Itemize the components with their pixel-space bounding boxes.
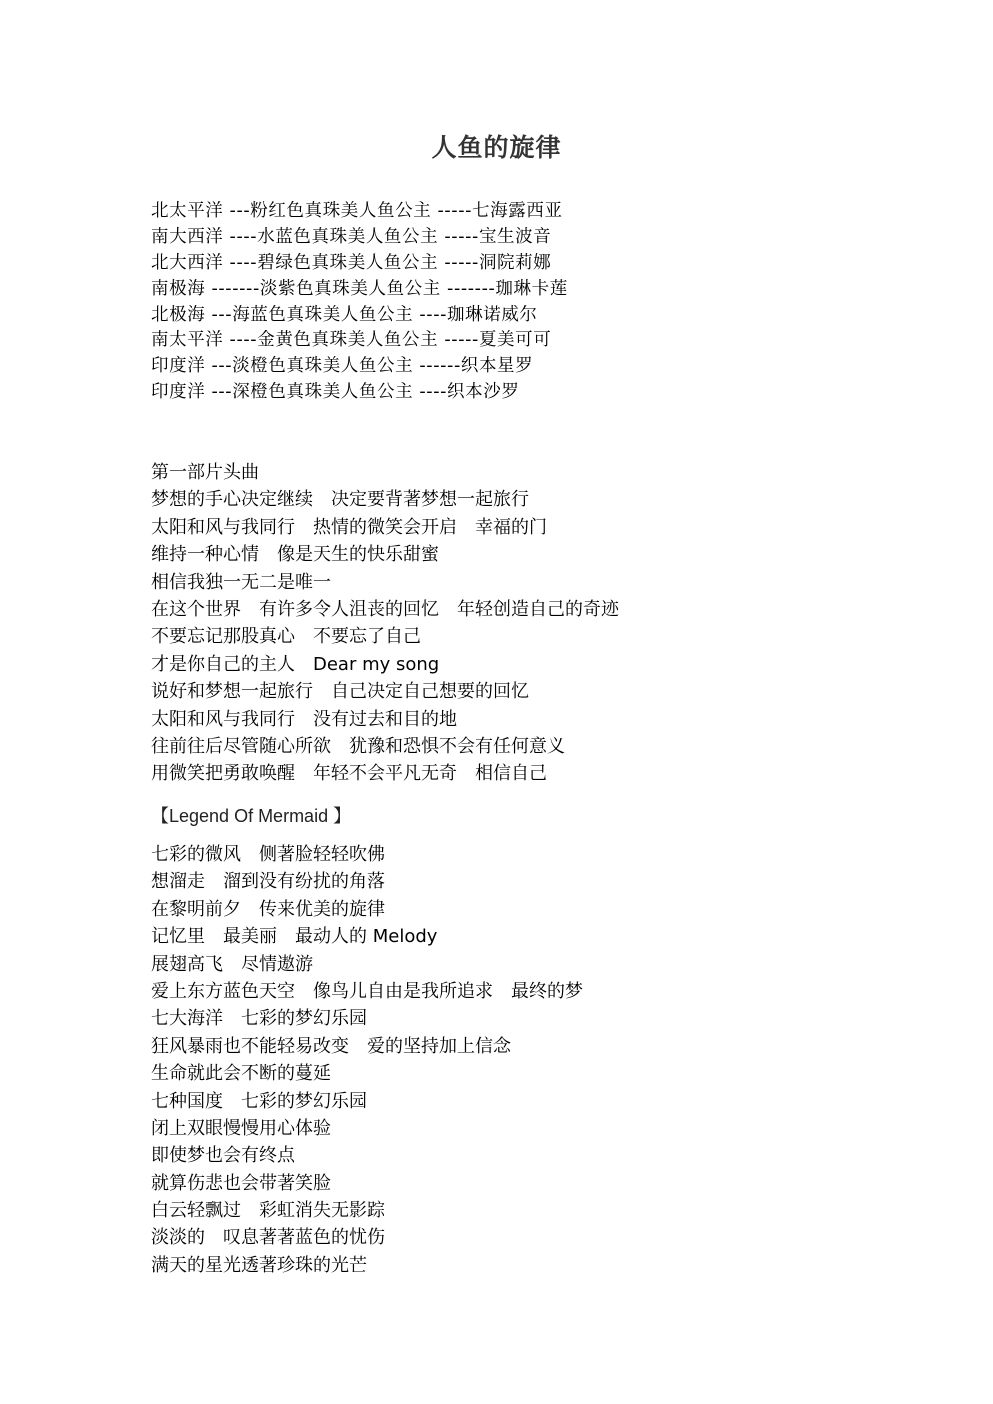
- lyric-line: 不要忘记那股真心 不要忘了自己: [151, 623, 619, 650]
- lyric-line: 闭上双眼慢慢用心体验: [151, 1115, 583, 1142]
- roster-line: 印度洋 ---深橙色真珠美人鱼公主 ----织本沙罗: [151, 380, 568, 406]
- lyric-line: 爱上东方蓝色天空 像鸟儿自由是我所追求 最终的梦: [151, 978, 583, 1005]
- lyric-line: 维持一种心情 像是天生的快乐甜蜜: [151, 541, 619, 568]
- roster-line: 印度洋 ---淡橙色真珠美人鱼公主 ------织本星罗: [151, 354, 568, 380]
- lyric-line: 即使梦也会有终点: [151, 1142, 583, 1169]
- lyric-line: 在这个世界 有许多令人沮丧的回忆 年轻创造自己的奇迹: [151, 596, 619, 623]
- lyric-line: 展翅高飞 尽情遨游: [151, 951, 583, 978]
- lyric-line: 满天的星光透著珍珠的光芒: [151, 1252, 583, 1279]
- lyric-line: 往前往后尽管随心所欲 犹豫和恐惧不会有任何意义: [151, 733, 619, 760]
- lyric-line: 就算伤悲也会带著笑脸: [151, 1170, 583, 1197]
- lyric-line: 梦想的手心决定继续 决定要背著梦想一起旅行: [151, 486, 619, 513]
- roster-line: 南太平洋 ----金黄色真珠美人鱼公主 -----夏美可可: [151, 328, 568, 354]
- legend-song-lyrics: 七彩的微风 侧著脸轻轻吹佛 想溜走 溜到没有纷扰的角落 在黎明前夕 传来优美的旋…: [151, 841, 583, 1279]
- section-heading-legend: 【Legend Of Mermaid 】: [151, 803, 351, 830]
- lyric-line: 太阳和风与我同行 热情的微笑会开启 幸福的门: [151, 514, 619, 541]
- lyric-line: 白云轻飘过 彩虹消失无影踪: [151, 1197, 583, 1224]
- lyric-line: 七种国度 七彩的梦幻乐园: [151, 1088, 583, 1115]
- lyric-line: 想溜走 溜到没有纷扰的角落: [151, 868, 583, 895]
- lyric-line: 狂风暴雨也不能轻易改变 爱的坚持加上信念: [151, 1033, 583, 1060]
- lyric-line: 七彩的微风 侧著脸轻轻吹佛: [151, 841, 583, 868]
- roster-line: 北极海 ---海蓝色真珠美人鱼公主 ----珈琳诺威尔: [151, 303, 568, 329]
- lyric-line: 生命就此会不断的蔓延: [151, 1060, 583, 1087]
- lyric-line: 记忆里 最美丽 最动人的 Melody: [151, 923, 583, 950]
- roster-line: 北太平洋 ---粉红色真珠美人鱼公主 -----七海露西亚: [151, 199, 568, 225]
- lyric-line: 淡淡的 叹息著著蓝色的忧伤: [151, 1224, 583, 1251]
- character-roster: 北太平洋 ---粉红色真珠美人鱼公主 -----七海露西亚 南大西洋 ----水…: [151, 199, 568, 406]
- lyric-line: 才是你自己的主人 Dear my song: [151, 651, 619, 678]
- lyric-line: 用微笑把勇敢唤醒 年轻不会平凡无奇 相信自己: [151, 760, 619, 787]
- lyric-line: 相信我独一无二是唯一: [151, 569, 619, 596]
- lyric-line: 在黎明前夕 传来优美的旋律: [151, 896, 583, 923]
- roster-line: 南大西洋 ----水蓝色真珠美人鱼公主 -----宝生波音: [151, 225, 568, 251]
- document-title: 人鱼的旋律: [0, 128, 993, 164]
- opening-song-lyrics: 第一部片头曲 梦想的手心决定继续 决定要背著梦想一起旅行 太阳和风与我同行 热情…: [151, 459, 619, 788]
- lyric-line: 七大海洋 七彩的梦幻乐园: [151, 1005, 583, 1032]
- section-heading: 第一部片头曲: [151, 459, 619, 486]
- roster-line: 北大西洋 ----碧绿色真珠美人鱼公主 -----洞院莉娜: [151, 251, 568, 277]
- lyric-line: 说好和梦想一起旅行 自己决定自己想要的回忆: [151, 678, 619, 705]
- roster-line: 南极海 -------淡紫色真珠美人鱼公主 -------珈琳卡莲: [151, 277, 568, 303]
- lyric-line: 太阳和风与我同行 没有过去和目的地: [151, 706, 619, 733]
